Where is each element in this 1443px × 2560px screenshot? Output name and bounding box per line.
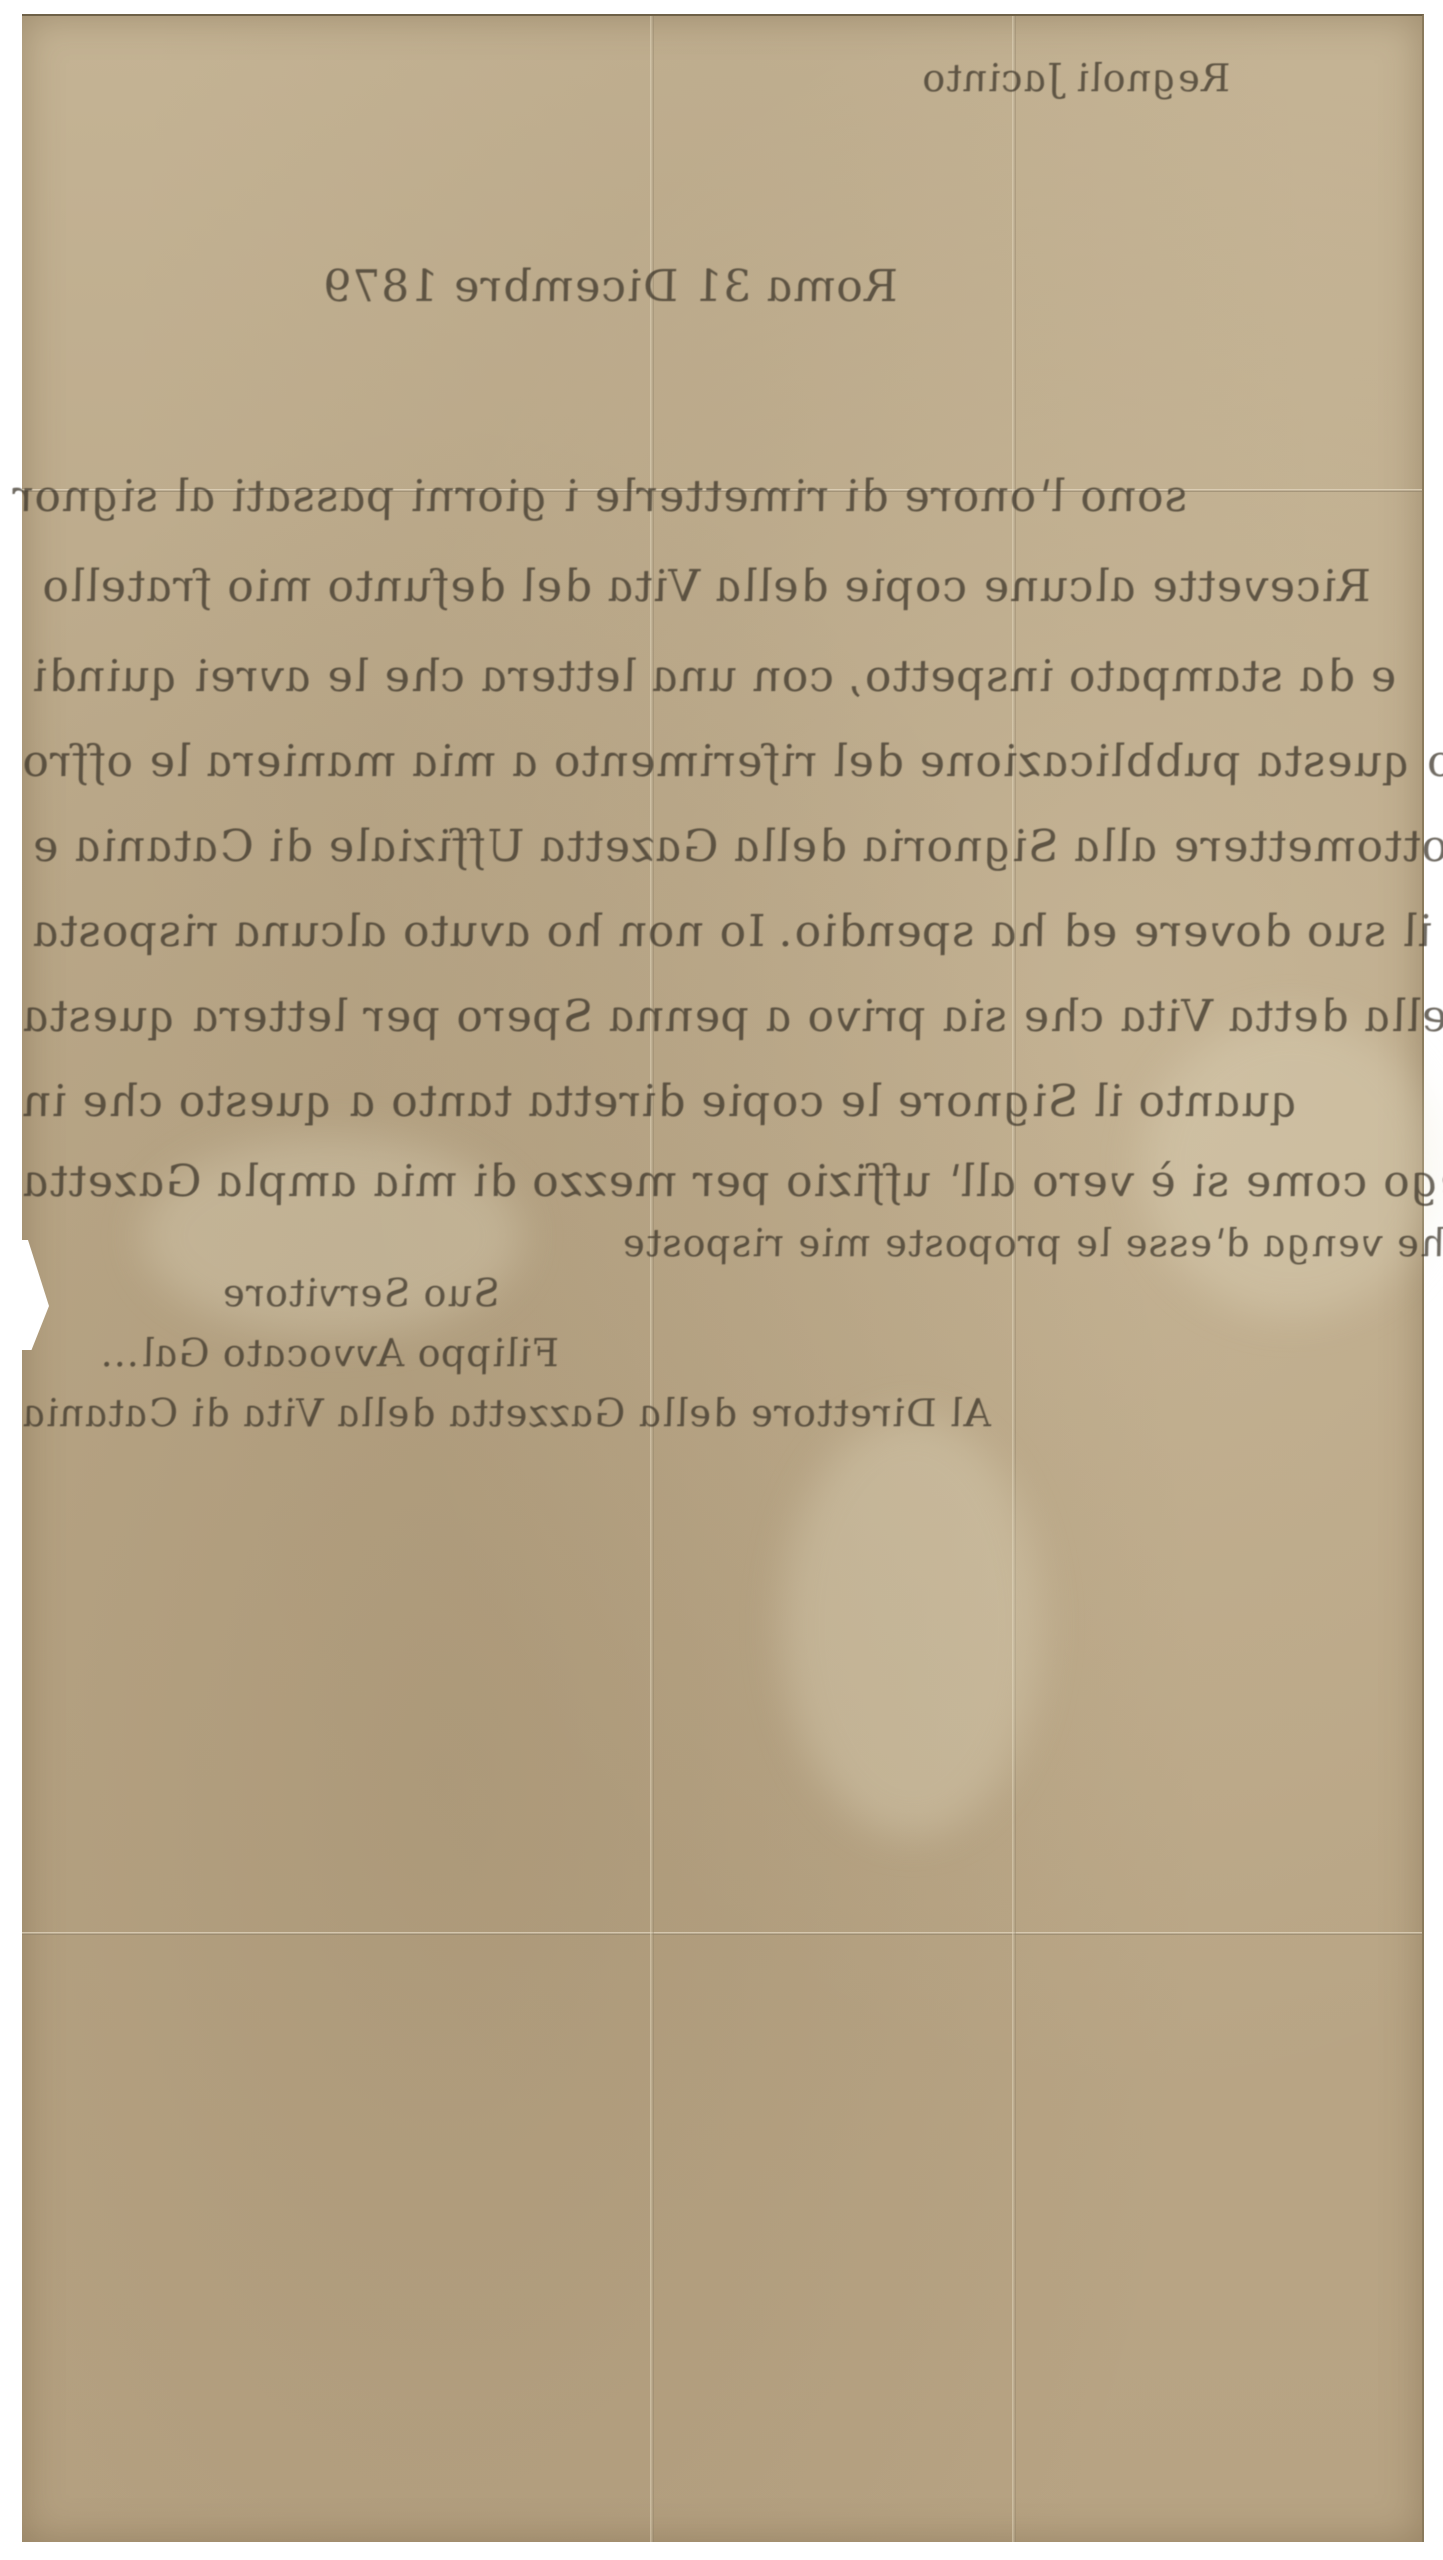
- body-line: sono l'onore di rimetterle i giorni pass…: [7, 471, 1194, 522]
- body-line: quanto il Signore le copie diretta tanto…: [17, 1076, 1305, 1127]
- signature: Filippo Avvocato Gal...: [97, 1331, 563, 1375]
- body-line: e da stampato inspetto, con una lettera …: [27, 651, 1403, 702]
- body-line: a sottomettere alla Signoria della Gazet…: [27, 821, 1443, 872]
- recipient-line: Al Direttore della Gazzetta della Vita d…: [17, 1391, 995, 1435]
- letter-paper: Regnoli Jacinto Roma 31 Dicembre 1879 so…: [22, 14, 1424, 2542]
- header-note: Regnoli Jacinto: [917, 56, 1234, 100]
- body-line: che venga d'esse le proposte mie rispost…: [617, 1221, 1443, 1265]
- body-line: della detta Vita che sia privo a penna S…: [17, 991, 1443, 1042]
- fold-line-vertical-right: [1012, 16, 1016, 2542]
- paper-stain: [782, 1416, 1042, 1836]
- fold-line-vertical-left: [650, 16, 654, 2542]
- fold-line-bottom: [22, 1932, 1422, 1935]
- body-line: per il suo dovere ed ha spendio. Io non …: [27, 906, 1443, 957]
- closing: Suo Servitore: [217, 1271, 504, 1315]
- body-line: accompagnato questa pubblicazione del ri…: [17, 736, 1443, 787]
- body-line: Ricevette alcune copie della Vita del de…: [37, 561, 1376, 612]
- body-line: prego come si è vero all' uffizio per me…: [17, 1156, 1443, 1207]
- date-line: Roma 31 Dicembre 1879: [317, 261, 903, 312]
